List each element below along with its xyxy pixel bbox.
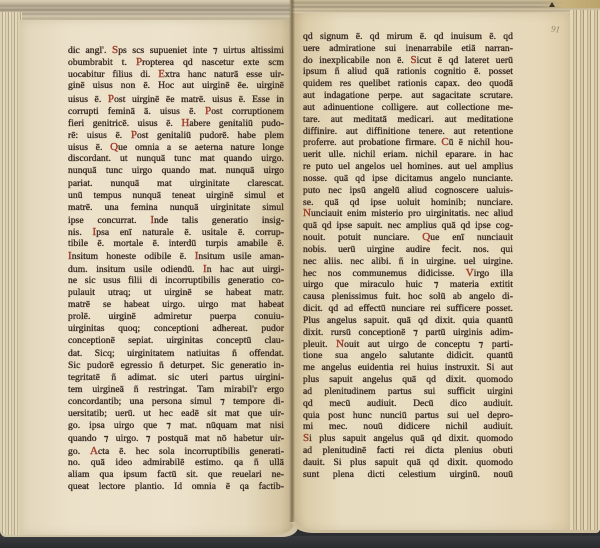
text-line: do inexplicabile non ē. Sicut ē qd later… xyxy=(303,55,513,67)
text-line: puto nec ipsū angelū aliud cognoscere ua… xyxy=(303,185,513,197)
text-line: proferre. aut probatione firmare. Cū ē n… xyxy=(303,137,513,149)
line-text: nouit. potuit nunciare. xyxy=(303,232,422,243)
text-line: ipsum ñ aliud quā rationis cognitio ē. p… xyxy=(303,66,513,78)
left-fore-edge xyxy=(0,12,22,535)
text-line: uerit ulle. nichil eriam. nichil eparare… xyxy=(303,149,513,161)
line-text: plus sapuit angelus quā qd dixit. quomod… xyxy=(303,374,513,385)
line-text: uirginitas quoq; conceptioni adhereat. p… xyxy=(68,323,284,334)
line-text: pariat. nunquā mat uirginitate clarescat… xyxy=(68,178,284,189)
text-line: causa plenissimus fuit. hoc solū ab ange… xyxy=(303,291,513,303)
left-top-page-edges xyxy=(0,0,296,22)
line-text: tegritatē ñ adimat. sic uteri partus uir… xyxy=(68,372,284,383)
text-line: corrupti feminā ā. uisus ē. Post corrupt… xyxy=(68,105,284,117)
text-line: Sic pudorē egressio ñ deturpet. Sic gene… xyxy=(68,360,284,372)
corner-marker-icon xyxy=(549,2,555,7)
text-line: ad plenitudinē facti rei dicta plenius o… xyxy=(303,445,513,457)
line-text: proferre. aut probatione firmare. xyxy=(303,137,441,148)
text-line: aut adinuentione colligere. aut collecti… xyxy=(303,102,513,114)
line-text: pleuit. xyxy=(303,339,336,350)
line-text: dic angl'. xyxy=(68,45,112,56)
line-text: causa plenissimus fuit. hoc solū ab ange… xyxy=(303,291,513,302)
line-text: re puto uel angelos uel homines. aut uel… xyxy=(303,161,513,172)
line-text: ne sic usus filii di incorruptibilis gen… xyxy=(68,275,284,286)
text-line: nunquā tunc uirgo quando mat. nunquā uir… xyxy=(68,165,284,177)
line-text: quia post hunc nunciū partus sui uel dep… xyxy=(303,410,513,421)
text-line: prolē. uirginē admiretur puerpa conuiu- xyxy=(68,311,284,323)
line-text: ouit aut uirgo de conceptu ⁊ parti- xyxy=(344,339,513,350)
line-text: rē: uisus ē. xyxy=(68,130,131,141)
line-text: nsitum usile aman- xyxy=(198,251,284,262)
line-text: tem uirgineā ñ restringat. Tam mirabil'r… xyxy=(68,384,284,395)
line-text: ad plenitudinem partus sui sufficit uirg… xyxy=(303,386,513,397)
line-text: queat lectore plantio. Id omnia ē qa fac… xyxy=(68,481,284,492)
line-text: abere genitaliū pudo- xyxy=(189,118,284,129)
line-text: nobis. uerū uirgine audire fecit. nos. q… xyxy=(303,244,513,255)
line-text: fieri genitricē. uisus ē. xyxy=(68,118,181,129)
line-text: concordantib; una persona simul ⁊ tempor… xyxy=(68,396,284,407)
line-text: nis. xyxy=(68,227,93,238)
text-line: uocabitur filius di. Extra hanc naturā e… xyxy=(68,68,284,80)
text-line: quā qd ipse sapuit. nec amplius quā qd i… xyxy=(303,220,513,232)
line-text: quidem res quelibet rationis capax. deo … xyxy=(303,78,513,89)
line-text: sunt plena dicti celestium uirginū. nouū xyxy=(303,469,513,480)
rubric-initial: C xyxy=(441,136,448,148)
text-line: ad plenitudinem partus sui sufficit uirg… xyxy=(303,386,513,398)
text-line: aut indagatione perpe. aut sagacitate sc… xyxy=(303,90,513,102)
line-text: unū tempus nunquā teneat uirginē simul e… xyxy=(68,190,284,201)
text-line: mi mec. nouū didicere nichil audiuit. xyxy=(303,421,513,433)
text-line: no. quā ideo admirabilē estimo. qa ñ ull… xyxy=(68,457,284,469)
line-text: ost corruptionem xyxy=(211,106,284,117)
text-line: nosse. quā qd ipse dicitamus angelo nunc… xyxy=(303,173,513,185)
text-line: ginē uisus non ē. Hoc aut uirginē ēe. ui… xyxy=(68,80,284,92)
table-surface xyxy=(0,536,600,548)
text-line: dicit. qd ad effectū nunciare rei suffic… xyxy=(303,303,513,315)
text-line: go. Acta ē. hec sola incorruptibilis gen… xyxy=(68,445,284,457)
line-text: nosse. quā qd ipse dicitamus angelo nunc… xyxy=(303,173,513,184)
line-text: ipse concurrat. xyxy=(68,215,150,226)
text-line: discordant. ut nunquā tunc mat quando ui… xyxy=(68,153,284,165)
line-text: Sic pudorē egressio ñ deturpet. Sic gene… xyxy=(68,360,284,371)
gutter-fold xyxy=(289,0,295,522)
line-text: ropterea qd nascetur exte scm xyxy=(142,57,284,68)
line-text: nec aliis. nec alibi. ñ in uirgine. uel … xyxy=(303,256,513,267)
text-line: Insitum honeste odibile ē. Insitum usile… xyxy=(68,250,284,262)
text-line: uirginitas quoq; conceptioni adhereat. p… xyxy=(68,323,284,335)
text-line: dixit. rursū conceptionē ⁊ partū uirgini… xyxy=(303,327,513,339)
line-text: icut ē qd lateret uerū xyxy=(417,55,513,66)
line-text: go. xyxy=(68,446,90,457)
line-text: ue enī nunciauit xyxy=(430,232,513,243)
line-text: uersitatib; uerū. ut hec eadē sit mat qu… xyxy=(68,408,284,419)
line-text: dicit. qd ad effectū nunciare rei suffic… xyxy=(303,303,513,314)
manuscript-spread: 91 dic angl'. Sps scs supueniet inte ⁊ u… xyxy=(0,0,600,548)
text-line: dauit. Si plus sapuit quā qd dixit. quom… xyxy=(303,457,513,469)
text-line: pariat. nunquā mat uirginitate clarescat… xyxy=(68,178,284,190)
line-text: dauit. Si plus sapuit quā qd dixit. quom… xyxy=(303,457,513,468)
line-text: aliam qua ipsum factū sit. que reuelari … xyxy=(68,469,284,480)
line-text: tione sua angelo salutante didicit. quan… xyxy=(303,350,513,361)
line-text: uirgo que miraculo huic ⁊ materia extiti… xyxy=(303,279,513,290)
line-text: hec nos communemus didicisse. xyxy=(303,268,466,279)
text-line: Si plus sapuit angelus quā qd dixit. quo… xyxy=(303,433,513,445)
line-text: irgo illa xyxy=(474,268,513,279)
rubric-initial: V xyxy=(466,267,474,279)
line-text: ost uirginē ēe matrē. uisus ē. Esse in xyxy=(114,94,284,105)
line-text: mi mec. nouū didicere nichil audiuit. xyxy=(303,421,513,432)
line-text: uocabitur filius di. xyxy=(68,69,158,80)
line-text: conceptionē sepiat. uirginitas conceptū … xyxy=(68,335,284,346)
text-line: uersitatib; uerū. ut hec eadē sit mat qu… xyxy=(68,408,284,420)
line-text: qd mecū audiuit. Decū dico audiuit. xyxy=(303,398,513,409)
text-line: ne sic usus filii di incorruptibilis gen… xyxy=(68,275,284,287)
text-line: tare. aut meditatā medicari. aut meditat… xyxy=(303,114,513,126)
line-text: tare. aut meditatā medicari. aut meditat… xyxy=(303,114,513,125)
text-line: uisus ē. Post uirginē ēe matrē. uisus ē.… xyxy=(68,93,284,105)
text-line: tem uirgineā ñ restringat. Tam mirabil'r… xyxy=(68,384,284,396)
text-line: uisus ē. Que omnia a se aeterna nature l… xyxy=(68,141,284,153)
text-line: se. quā qd ipse uoluit hominib; nunciare… xyxy=(303,197,513,209)
text-line: rē: uisus ē. Post genitaliū pudorē. habe… xyxy=(68,129,284,141)
line-text: xtra hanc naturā esse uir- xyxy=(165,69,284,80)
text-line: matrē se habeat uirgo. uirgo mat habeat xyxy=(68,299,284,311)
line-text: ue omnia a se aeterna nature longe xyxy=(118,142,284,153)
right-fore-edge xyxy=(570,10,600,530)
text-line: aliam qua ipsum factū sit. que reuelari … xyxy=(68,469,284,481)
line-text: dum. insitum usile odiendū. xyxy=(68,264,203,275)
line-text: qd signum ē. qd mirum ē. qd inuisum ē. q… xyxy=(303,31,513,42)
line-text: ost genitaliū pudorē. habe plem xyxy=(137,130,284,141)
line-text: nde talis generatio insig- xyxy=(154,215,284,226)
line-text: se. quā qd ipse uoluit hominib; nunciare… xyxy=(303,197,513,208)
text-line: tione sua angelo salutante didicit. quan… xyxy=(303,350,513,362)
line-text: do inexplicabile non ē. xyxy=(303,55,410,66)
line-text: ad plenitudinē facti rei dicta plenius o… xyxy=(303,445,513,456)
line-text: cta ē. hec sola incorruptibilis generati… xyxy=(98,446,284,457)
line-text: matrē se habeat uirgo. uirgo mat habeat xyxy=(68,299,284,310)
line-text: puto nec ipsū angelū aliud cognoscere ua… xyxy=(303,185,513,196)
line-text: go. ipsa uirgo que ⁊ mat. nūquam mat nis… xyxy=(68,420,284,431)
text-line: pulauit utraq; ut uirginē se habeat matr… xyxy=(68,287,284,299)
text-line: uirgo que miraculo huic ⁊ materia extiti… xyxy=(303,279,513,291)
text-line: Plus angelus sapuit. quā qd dixit. quia … xyxy=(303,315,513,327)
text-line: nobis. uerū uirgine audire fecit. nos. q… xyxy=(303,244,513,256)
text-line: dic angl'. Sps scs supueniet inte ⁊ uirt… xyxy=(68,44,284,56)
line-text: uerit ulle. nichil eriam. nichil eparare… xyxy=(303,149,513,160)
text-line: sunt plena dicti celestium uirginū. nouū xyxy=(303,469,513,481)
line-text: i plus sapuit angelus quā qd dixit. quom… xyxy=(309,433,513,444)
line-text: uisus ē. xyxy=(68,142,110,153)
text-line: dat. Sicq; uirginitatem natiuitas ñ offe… xyxy=(68,348,284,360)
line-text: unciauit enim misterio pro uirginitatis.… xyxy=(311,208,513,219)
line-text: diffinire. aut diffinitione tenere. aut … xyxy=(303,126,513,137)
text-line: Nunciauit enim misterio pro uirginitatis… xyxy=(303,208,513,220)
rubric-initial: N xyxy=(303,207,311,219)
rubric-initial: A xyxy=(90,445,98,457)
line-text: no. quā ideo admirabilē estimo. qa ñ ull… xyxy=(68,457,284,468)
text-line: qd mecū audiuit. Decū dico audiuit. xyxy=(303,398,513,410)
text-line: hec nos communemus didicisse. Virgo illa xyxy=(303,268,513,280)
line-text: me angelus euidentia rei huius instruxit… xyxy=(303,362,513,373)
line-text: uisus ē. xyxy=(68,94,108,105)
text-line: obumbrabit t. Propterea qd nascetur exte… xyxy=(68,56,284,68)
text-line: quando ⁊ uirgo. ⁊ postquā mat nō habetur… xyxy=(68,433,284,445)
line-text: aut adinuentione colligere. aut collecti… xyxy=(303,102,513,113)
text-line: matrē. una femina nunquā uirginitate sim… xyxy=(68,202,284,214)
text-line: fieri genitricē. uisus ē. Habere genital… xyxy=(68,117,284,129)
line-text: psa enī naturale ē. usitale ē. corrup- xyxy=(96,227,284,238)
line-text: aut indagatione perpe. aut sagacitate sc… xyxy=(303,90,513,101)
line-text: obumbrabit t. xyxy=(68,57,136,68)
rubric-initial: Q xyxy=(110,141,118,153)
line-text: ū ē nichil hou- xyxy=(449,137,513,148)
text-line: plus sapuit angelus quā qd dixit. quomod… xyxy=(303,374,513,386)
text-line: tibile ē. mortale ē. interdū turpis amab… xyxy=(68,238,284,250)
line-text: corrupti feminā ā. uisus ē. xyxy=(68,106,205,117)
line-text: uere admiratione sui inenarrabile etiā n… xyxy=(303,43,513,54)
text-line: diffinire. aut diffinitione tenere. aut … xyxy=(303,126,513,138)
line-text: ps scs supueniet inte ⁊ uirtus altissimi xyxy=(118,45,284,56)
line-text: ginē uisus non ē. Hoc aut uirginē ēe. ui… xyxy=(68,80,284,91)
line-text: quā qd ipse sapuit. nec amplius quā qd i… xyxy=(303,220,513,231)
rubric-initial: E xyxy=(158,68,165,80)
text-line: uere admiratione sui inenarrabile etiā n… xyxy=(303,43,513,55)
folio-number: 91 xyxy=(550,23,560,34)
line-text: dat. Sicq; uirginitatem natiuitas ñ offe… xyxy=(68,348,284,359)
text-line: dum. insitum usile odiendū. In hac aut u… xyxy=(68,263,284,275)
line-text: ipsum ñ aliud quā rationis cognitio ē. p… xyxy=(303,66,513,77)
line-text: dixit. rursū conceptionē ⁊ partū uirgini… xyxy=(303,327,513,338)
right-page-text: qd signum ē. qd mirum ē. qd inuisum ē. q… xyxy=(303,31,513,480)
text-line: tegritatē ñ adimat. sic uteri partus uir… xyxy=(68,372,284,384)
text-line: me angelus euidentia rei huius instruxit… xyxy=(303,362,513,374)
text-line: qd signum ē. qd mirum ē. qd inuisum ē. q… xyxy=(303,31,513,43)
text-line: queat lectore plantio. Id omnia ē qa fac… xyxy=(68,481,284,493)
text-line: concordantib; una persona simul ⁊ tempor… xyxy=(68,396,284,408)
text-line: nec aliis. nec alibi. ñ in uirgine. uel … xyxy=(303,256,513,268)
line-text: prolē. uirginē admiretur puerpa conuiu- xyxy=(68,311,284,322)
text-line: quia post hunc nunciū partus sui uel dep… xyxy=(303,410,513,422)
text-line: re puto uel angelos uel homines. aut uel… xyxy=(303,161,513,173)
line-text: Plus angelus sapuit. quā qd dixit. quia … xyxy=(303,315,513,326)
text-line: go. ipsa uirgo que ⁊ mat. nūquam mat nis… xyxy=(68,420,284,432)
line-text: matrē. una femina nunquā uirginitate sim… xyxy=(68,202,284,213)
text-line: unū tempus nunquā teneat uirginē simul e… xyxy=(68,190,284,202)
text-line: nis. Ipsa enī naturale ē. usitale ē. cor… xyxy=(68,226,284,238)
line-text: nunquā tunc uirgo quando mat. nunquā uir… xyxy=(68,165,284,176)
rubric-initial: N xyxy=(336,338,344,350)
text-line: ipse concurrat. Inde talis generatio ins… xyxy=(68,214,284,226)
text-line: quidem res quelibet rationis capax. deo … xyxy=(303,78,513,90)
text-line: pleuit. Nouit aut uirgo de conceptu ⁊ pa… xyxy=(303,339,513,351)
line-text: n hac aut uirgi- xyxy=(207,264,284,275)
line-text: tibile ē. mortale ē. interdū turpis amab… xyxy=(68,238,284,249)
left-page-text: dic angl'. Sps scs supueniet inte ⁊ uirt… xyxy=(68,44,284,493)
text-line: conceptionē sepiat. uirginitas conceptū … xyxy=(68,335,284,347)
line-text: pulauit utraq; ut uirginē se habeat matr… xyxy=(68,287,284,298)
line-text: discordant. ut nunquā tunc mat quando ui… xyxy=(68,153,284,164)
line-text: quando ⁊ uirgo. ⁊ postquā mat nō habetur… xyxy=(68,433,284,444)
line-text: nsitum honeste odibile ē. xyxy=(72,251,195,262)
text-line: nouit. potuit nunciare. Que enī nunciaui… xyxy=(303,232,513,244)
